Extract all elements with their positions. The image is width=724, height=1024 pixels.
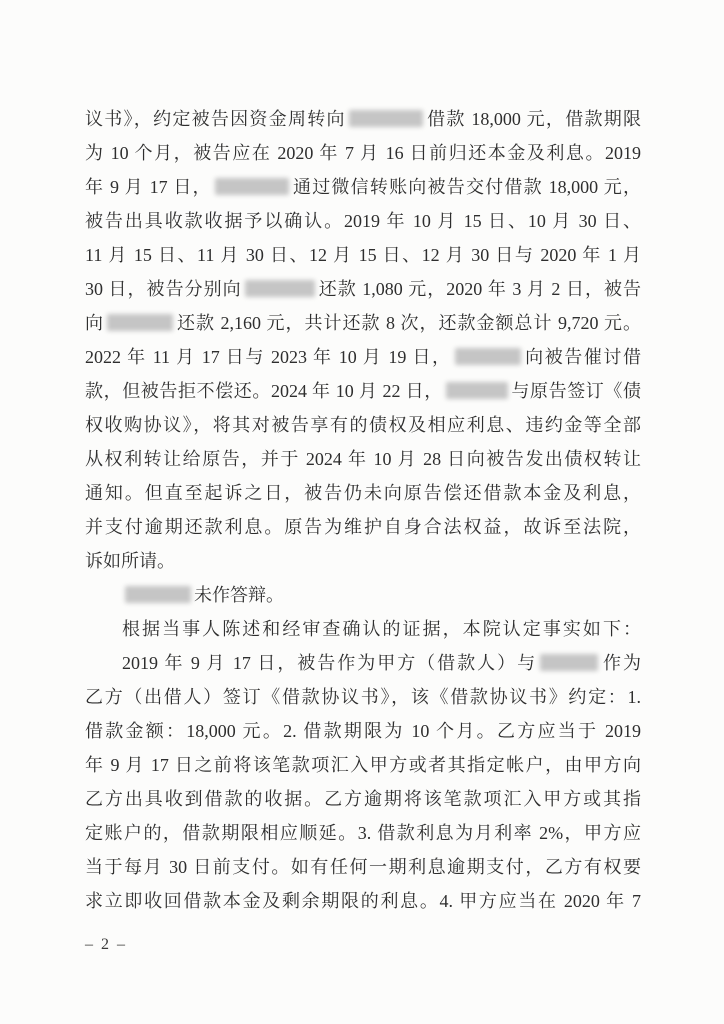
- document-line: 权收购协议》，将其对被告享有的债权及相应利息、违约金等全部: [85, 408, 641, 442]
- document-line: 款，但被告拒不偿还。2024 年 10 月 22 日，与原告签订《债: [85, 374, 641, 408]
- redacted-text: [215, 178, 289, 195]
- document-line: 从权利转让给原告，并于 2024 年 10 月 28 日向被告发出债权转让: [85, 442, 641, 476]
- document-line: 借款金额：18,000 元。2. 借款期限为 10 个月。乙方应当于 2019: [85, 714, 641, 748]
- text-segment: 权收购协议》，将其对被告享有的债权及相应利息、违约金等全部: [85, 415, 641, 435]
- text-block: 议书》，约定被告因资金周转向借款 18,000 元，借款期限为 10 个月，被告…: [85, 102, 641, 918]
- text-segment: 款，但被告拒不偿还。2024 年 10 月 22 日，: [85, 381, 443, 401]
- document-line: 议书》，约定被告因资金周转向借款 18,000 元，借款期限: [85, 102, 641, 136]
- document-line: 30 日，被告分别向还款 1,080 元，2020 年 3 月 2 日，被告: [85, 272, 641, 306]
- document-line: 根据当事人陈述和经审查确认的证据，本院认定事实如下：: [85, 612, 641, 646]
- redacted-text: [455, 348, 521, 365]
- page-number: – 2 –: [85, 936, 127, 954]
- redacted-text: [446, 382, 508, 399]
- text-segment: 年 9 月 17 日，: [85, 177, 212, 197]
- text-segment: 并支付逾期还款利息。原告为维护自身合法权益，故诉至法院，: [85, 517, 641, 537]
- text-segment: 从权利转让给原告，并于 2024 年 10 月 28 日向被告发出债权转让: [85, 449, 641, 469]
- text-segment: 当于每月 30 日前支付。如有任何一期利息逾期支付，乙方有权要: [85, 857, 641, 877]
- text-segment: 年 9 月 17 日之前将该笔款项汇入甲方或者其指定帐户，由甲方向: [85, 755, 641, 775]
- document-line: 乙方出具收到借款的收据。乙方逾期将该笔款项汇入甲方或其指: [85, 782, 641, 816]
- document-line: 诉如所请。: [85, 544, 641, 578]
- text-segment: 为 10 个月，被告应在 2020 年 7 月 16 日前归还本金及利息。201…: [85, 143, 641, 163]
- document-line: 并支付逾期还款利息。原告为维护自身合法权益，故诉至法院，: [85, 510, 641, 544]
- redacted-text: [245, 280, 315, 297]
- text-segment: 借款 18,000 元，借款期限: [426, 109, 641, 129]
- document-line: 2022 年 11 月 17 日与 2023 年 10 月 19 日，向被告催讨…: [85, 340, 641, 374]
- text-segment: 30 日，被告分别向: [85, 279, 242, 299]
- text-segment: 通过微信转账向被告交付借款 18,000 元，: [292, 177, 641, 197]
- text-segment: 向被告催讨借: [524, 347, 641, 367]
- text-segment: 通知。但直至起诉之日，被告仍未向原告偿还借款本金及利息，: [85, 483, 641, 503]
- text-segment: 被告出具收款收据予以确认。2019 年 10 月 15 日、10 月 30 日、: [85, 211, 641, 231]
- redacted-text: [125, 586, 191, 603]
- document-line: 定账户的，借款期限相应顺延。3. 借款利息为月利率 2%，甲方应: [85, 816, 641, 850]
- document-line: 乙方（出借人）签订《借款协议书》，该《借款协议书》约定：1.: [85, 680, 641, 714]
- document-page: 议书》，约定被告因资金周转向借款 18,000 元，借款期限为 10 个月，被告…: [0, 0, 724, 1024]
- text-segment: 作为: [601, 653, 641, 673]
- text-segment: 定账户的，借款期限相应顺延。3. 借款利息为月利率 2%，甲方应: [85, 823, 641, 843]
- document-line: 求立即收回借款本金及剩余期限的利息。4. 甲方应当在 2020 年 7: [85, 884, 641, 918]
- document-line: 年 9 月 17 日之前将该笔款项汇入甲方或者其指定帐户，由甲方向: [85, 748, 641, 782]
- document-line: 通知。但直至起诉之日，被告仍未向原告偿还借款本金及利息，: [85, 476, 641, 510]
- redacted-text: [540, 654, 598, 671]
- redacted-text: [349, 110, 423, 127]
- text-segment: 11 月 15 日、11 月 30 日、12 月 15 日、12 月 30 日与…: [85, 245, 641, 265]
- redacted-text: [107, 314, 173, 331]
- document-line: 2019 年 9 月 17 日，被告作为甲方（借款人）与作为: [85, 646, 641, 680]
- text-segment: 还款 1,080 元，2020 年 3 月 2 日，被告: [318, 279, 641, 299]
- text-segment: 根据当事人陈述和经审查确认的证据，本院认定事实如下：: [122, 619, 641, 639]
- text-segment: 还款 2,160 元，共计还款 8 次，还款金额总计 9,720 元。: [176, 313, 641, 333]
- text-segment: 未作答辩。: [194, 585, 284, 605]
- text-segment: 2022 年 11 月 17 日与 2023 年 10 月 19 日，: [85, 347, 452, 367]
- document-line: 为 10 个月，被告应在 2020 年 7 月 16 日前归还本金及利息。201…: [85, 136, 641, 170]
- text-segment: 诉如所请。: [85, 551, 175, 571]
- document-line: 被告出具收款收据予以确认。2019 年 10 月 15 日、10 月 30 日、: [85, 204, 641, 238]
- document-line: 11 月 15 日、11 月 30 日、12 月 15 日、12 月 30 日与…: [85, 238, 641, 272]
- text-segment: 与原告签订《债: [511, 381, 641, 401]
- document-line: 年 9 月 17 日，通过微信转账向被告交付借款 18,000 元，: [85, 170, 641, 204]
- document-line: 未作答辩。: [85, 578, 641, 612]
- document-line: 向还款 2,160 元，共计还款 8 次，还款金额总计 9,720 元。: [85, 306, 641, 340]
- text-segment: 议书》，约定被告因资金周转向: [85, 109, 346, 129]
- text-segment: 乙方出具收到借款的收据。乙方逾期将该笔款项汇入甲方或其指: [85, 789, 641, 809]
- text-segment: 乙方（出借人）签订《借款协议书》，该《借款协议书》约定：1.: [85, 687, 641, 707]
- text-segment: 2019 年 9 月 17 日，被告作为甲方（借款人）与: [122, 653, 537, 673]
- document-line: 当于每月 30 日前支付。如有任何一期利息逾期支付，乙方有权要: [85, 850, 641, 884]
- text-segment: 借款金额：18,000 元。2. 借款期限为 10 个月。乙方应当于 2019: [85, 721, 641, 741]
- text-segment: 求立即收回借款本金及剩余期限的利息。4. 甲方应当在 2020 年 7: [85, 891, 641, 911]
- text-segment: 向: [85, 313, 104, 333]
